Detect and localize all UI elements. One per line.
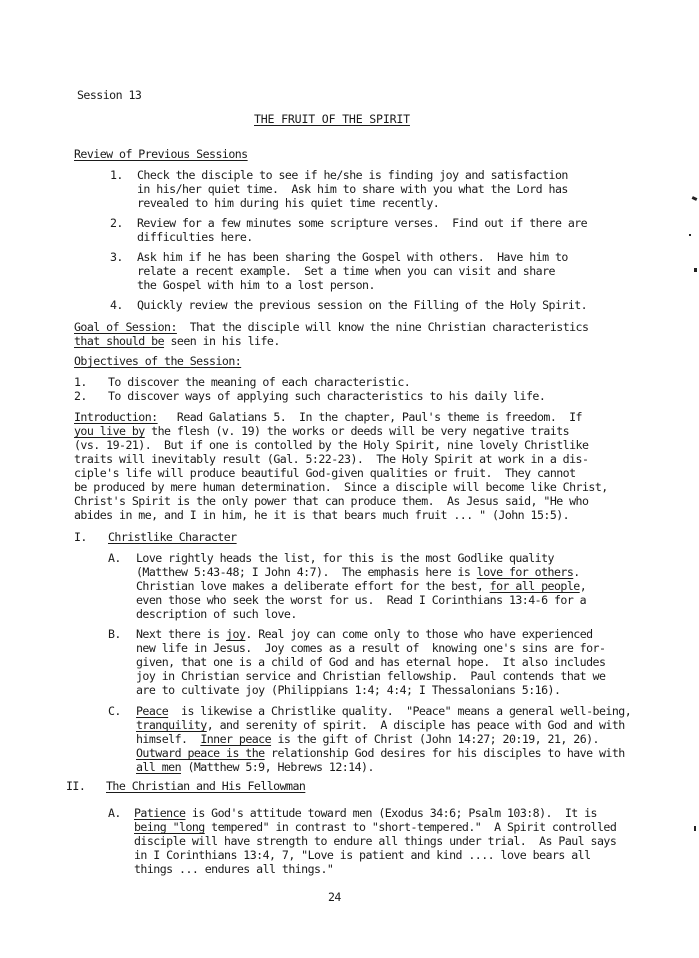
page-number: 24: [328, 890, 341, 904]
subsection-line: given, that one is a child of God and ha…: [136, 655, 605, 669]
goal-emphasis: that should be: [74, 334, 164, 348]
objective-number: 2.: [74, 389, 87, 403]
text: is the gift of Christ (John 14:27; 20:19…: [271, 732, 599, 746]
scan-artifact: [694, 268, 697, 272]
subsection-line: are to cultivate joy (Philippians 1:4; 4…: [136, 683, 560, 697]
subsection-line: description of such love.: [136, 607, 297, 621]
emphasis: Peace: [136, 704, 168, 718]
subsection-line: himself. Inner peace is the gift of Chri…: [136, 732, 599, 746]
subsection-line: things ... endures all things.": [134, 862, 333, 876]
subsection-line: (Matthew 5:43-48; I John 4:7). The empha…: [136, 565, 580, 579]
goal-paragraph-line: that should be seen in his life.: [74, 334, 280, 348]
review-item-line: relate a recent example. Set a time when…: [137, 264, 555, 278]
review-item-line: Check the disciple to see if he/she is f…: [137, 168, 568, 182]
text: (Matthew 5:9, Hebrews 12:14).: [181, 760, 374, 774]
document-title: THE FRUIT OF THE SPIRIT: [254, 112, 410, 126]
subsection-letter: A.: [108, 551, 121, 565]
goal-text: seen in his life.: [164, 334, 280, 348]
objective-text: To discover the meaning of each characte…: [108, 375, 410, 389]
section-heading: Christlike Character: [108, 530, 237, 544]
review-item-line: the Gospel with him to a lost person.: [137, 278, 375, 292]
emphasis: love for others: [477, 565, 573, 579]
introduction-line: be produced by mere human determination.…: [74, 480, 608, 494]
review-item-number: 4.: [110, 298, 123, 312]
subsection-line: even those who seek the worst for us. Re…: [136, 593, 586, 607]
subsection-line: in I Corinthians 13:4, 7, "Love is patie…: [134, 848, 591, 862]
subsection-line: Patience is God's attitude toward men (E…: [134, 806, 597, 820]
review-item-line: in his/her quiet time. Ask him to share …: [137, 182, 568, 196]
subsection-line: Peace is likewise a Christlike quality. …: [136, 704, 631, 718]
subsection-line: Outward peace is the relationship God de…: [136, 746, 625, 760]
review-item-line: Quickly review the previous session on t…: [137, 298, 587, 312]
introduction-label: Introduction:: [74, 410, 158, 424]
emphasis: for all people: [490, 579, 580, 593]
emphasis: Patience: [134, 806, 185, 820]
text: .: [573, 565, 579, 579]
subsection-letter: B.: [108, 627, 121, 641]
introduction-line: traits will inevitably result (Gal. 5:22…: [74, 452, 588, 466]
text: ,: [580, 579, 586, 593]
goal-text: That the disciple will know the nine Chr…: [177, 320, 589, 334]
subsection-line: new life in Jesus. Joy comes as a result…: [136, 641, 605, 655]
introduction-line: Christ's Spirit is the only power that c…: [74, 494, 588, 508]
subsection-line: Christian love makes a deliberate effort…: [136, 579, 586, 593]
subsection-line: Next there is joy. Real joy can come onl…: [136, 627, 593, 641]
text: . Real joy can come only to those who ha…: [245, 627, 592, 641]
review-item-line: revealed to him during his quiet time re…: [137, 196, 439, 210]
subsection-line: tranquility, and serenity of spirit. A d…: [136, 718, 625, 732]
review-item-line: difficulties here.: [137, 230, 253, 244]
scan-artifact: [692, 196, 698, 201]
emphasis: all men: [136, 760, 181, 774]
subsection-letter: C.: [108, 704, 121, 718]
introduction-line: you live by the flesh (v. 19) the works …: [74, 424, 569, 438]
introduction-text: Read Galatians 5. In the chapter, Paul's…: [158, 410, 582, 424]
text: relationship God desires for his discipl…: [265, 746, 625, 760]
text: Next there is: [136, 627, 226, 641]
session-label: Session 13: [77, 88, 141, 102]
goal-label: Goal of Session:: [74, 320, 177, 334]
emphasis: Inner peace: [200, 732, 271, 746]
goal-paragraph: Goal of Session: That the disciple will …: [74, 320, 588, 334]
text: tempered" in contrast to "short-tempered…: [205, 820, 617, 834]
review-item-number: 2.: [110, 216, 123, 230]
review-item-number: 3.: [110, 250, 123, 264]
text: , and serenity of spirit. A disciple has…: [207, 718, 625, 732]
scan-artifact: [694, 826, 696, 831]
review-item-line: Ask him if he has been sharing the Gospe…: [137, 250, 568, 264]
review-item-line: Review for a few minutes some scripture …: [137, 216, 587, 230]
scan-artifact: [689, 234, 691, 236]
introduction-text: the flesh (v. 19) the works or deeds wil…: [145, 424, 569, 438]
text: himself.: [136, 732, 200, 746]
text: is God's attitude toward men (Exodus 34:…: [185, 806, 597, 820]
section-number: I.: [74, 530, 87, 544]
emphasis: joy: [226, 627, 245, 641]
introduction-line: Introduction: Read Galatians 5. In the c…: [74, 410, 582, 424]
objective-number: 1.: [74, 375, 87, 389]
section-number: II.: [66, 779, 85, 793]
text: (Matthew 5:43-48; I John 4:7). The empha…: [136, 565, 477, 579]
introduction-line: abides in me, and I in him, he it is tha…: [74, 508, 569, 522]
subsection-line: Love rightly heads the list, for this is…: [136, 551, 554, 565]
emphasis: tranquility: [136, 718, 207, 732]
objectives-heading: Objectives of the Session:: [74, 354, 241, 368]
subsection-line: being "long tempered" in contrast to "sh…: [134, 820, 616, 834]
introduction-emphasis: you live by: [74, 424, 145, 438]
subsection-line: disciple will have strength to endure al…: [134, 834, 616, 848]
introduction-line: ciple's life will produce beautiful God-…: [74, 466, 576, 480]
subsection-line: joy in Christian service and Christian f…: [136, 669, 605, 683]
review-item-number: 1.: [110, 168, 123, 182]
introduction-line: (vs. 19-21). But if one is contolled by …: [74, 438, 588, 452]
emphasis: being "long: [134, 820, 205, 834]
subsection-letter: A.: [108, 806, 121, 820]
subsection-line: all men (Matthew 5:9, Hebrews 12:14).: [136, 760, 374, 774]
document-page: Session 13 THE FRUIT OF THE SPIRIT Revie…: [0, 0, 699, 958]
text: is likewise a Christlike quality. "Peace…: [168, 704, 631, 718]
section-heading: The Christian and His Fellowman: [106, 779, 305, 793]
text: Christian love makes a deliberate effort…: [136, 579, 490, 593]
emphasis: Outward peace is the: [136, 746, 265, 760]
objective-text: To discover ways of applying such charac…: [108, 389, 545, 403]
review-heading: Review of Previous Sessions: [74, 147, 248, 161]
